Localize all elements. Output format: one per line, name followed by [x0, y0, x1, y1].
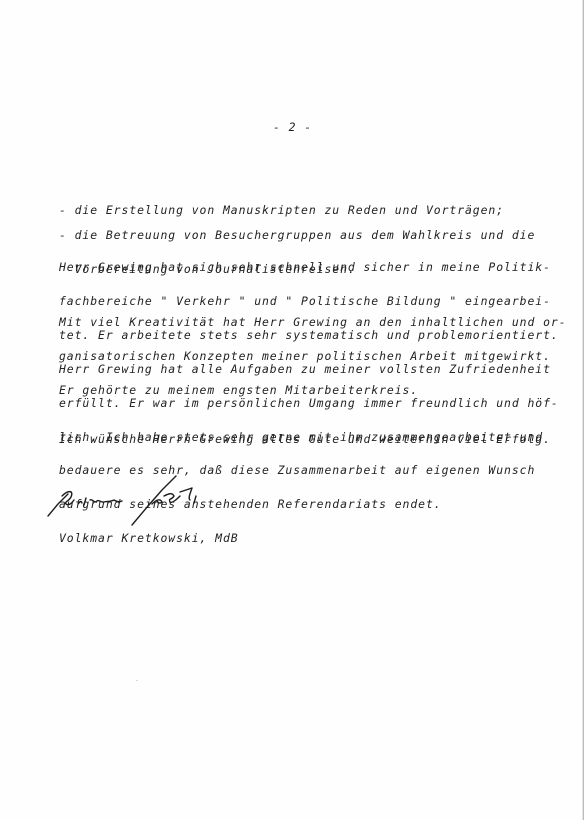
- text-line: erfüllt. Er war im persönlichen Umgang i…: [59, 398, 559, 409]
- document-page: - 2 - - die Erstellung von Manuskripten …: [0, 0, 584, 820]
- text-line: Mit viel Kreativität hat Herr Grewing an…: [59, 317, 567, 328]
- scan-speck: [136, 680, 138, 681]
- text-line: Ich wünsche Herrn Grewing alles Gute und…: [59, 434, 551, 445]
- closing-paragraph: Ich wünsche Herrn Grewing alles Gute und…: [59, 412, 551, 468]
- signer-name: Volkmar Kretkowski, MdB: [59, 533, 239, 544]
- text-line: Herr Grewing hat sich sehr schnell und s…: [59, 262, 559, 273]
- text-line: Herr Grewing hat alle Aufgaben zu meiner…: [59, 364, 559, 375]
- signature-icon: [44, 470, 234, 530]
- page-number: - 2 -: [273, 122, 312, 133]
- page-edge: [582, 0, 583, 820]
